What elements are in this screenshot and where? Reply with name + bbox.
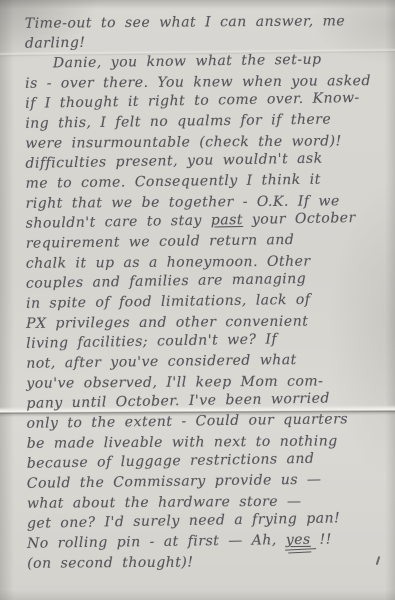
handwriting-line: (on second thought)!	[27, 551, 384, 574]
handwriting-segment: living facilities; couldn't we? If	[26, 331, 277, 351]
handwriting-segment: !!	[311, 532, 332, 548]
handwriting-segment: darling!	[25, 35, 86, 52]
handwriting-segment: not, after you've considered what	[26, 352, 297, 372]
handwriting-line: only to the extent - Could our quarters	[26, 409, 383, 434]
handwriting-segment: get one? I'd surely need a frying pan!	[27, 510, 340, 531]
handwriting-segment: Could the Commissary provide us —	[27, 472, 322, 492]
handwriting-line: ing this, I felt no qualms for if there	[25, 109, 382, 134]
handwriting-line: requirement we could return and	[26, 229, 383, 254]
handwriting-segment: me to come. Consequently I think it	[25, 172, 320, 192]
handwriting-line: in spite of food limitations, lack of	[26, 289, 383, 314]
handwriting-line: me to come. Consequently I think it	[25, 169, 382, 194]
handwritten-text-block: Time-out to see what I can answer, medar…	[25, 12, 384, 574]
handwriting-line: Could the Commissary provide us —	[27, 469, 384, 494]
handwriting-segment: only to the extent - Could our quarters	[26, 411, 348, 431]
handwriting-line: Danie, you know what the set-up	[25, 49, 382, 74]
handwriting-segment: ing this, I felt no qualms for if there	[25, 112, 331, 132]
handwriting-segment: your October	[243, 210, 356, 228]
handwriting-segment: (on second thought)!	[27, 554, 193, 571]
handwriting-segment: if I thought it right to come over. Know…	[25, 90, 360, 112]
handwriting-segment: because of luggage restrictions and	[27, 451, 315, 472]
handwriting-segment: shouldn't care to stay	[26, 213, 211, 232]
underlined-word: yes	[286, 532, 311, 548]
handwriting-line: not, after you've considered what	[26, 349, 383, 374]
handwriting-segment: difficulties present, you wouldn't ask	[25, 151, 322, 172]
handwriting-segment: requirement we could return and	[26, 232, 295, 252]
letter-page: Time-out to see what I can answer, medar…	[0, 0, 395, 600]
handwriting-segment: couples and families are managing	[26, 271, 307, 292]
handwriting-segment: No rolling pin - at first — Ah,	[27, 532, 286, 552]
underlined-word: past	[211, 212, 243, 229]
handwriting-segment: pany until October. I've been worried	[26, 390, 330, 411]
handwriting-segment: Danie, you know what the set-up	[53, 52, 322, 72]
handwriting-segment: in spite of food limitations, lack of	[26, 292, 311, 312]
handwriting-line: No rolling pin - at first — Ah, yes !!	[27, 529, 384, 554]
